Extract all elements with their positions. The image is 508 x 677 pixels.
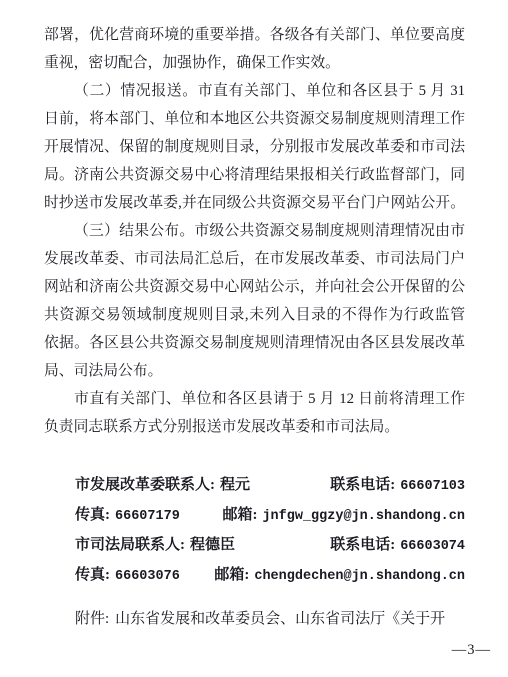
body-line: 局、司法局公布。 xyxy=(44,357,465,385)
contact-left: 传真:66603076 xyxy=(75,560,180,590)
contact-label: 邮箱: xyxy=(222,507,257,523)
body-line: 时抄送市发展改革委,并在同级公共资源交易平台门户网站公开。 xyxy=(44,189,465,217)
body-line: 发展改革委、市司法局汇总后，在市发展改革委、市司法局门户 xyxy=(44,245,465,273)
body-line: 日前，将本部门、单位和本地区公共资源交易制度规则清理工作 xyxy=(44,105,465,133)
contact-row-fgw-person: 市发展改革委联系人:程元 联系电话:66607103 xyxy=(75,470,465,500)
contact-left: 市发展改革委联系人:程元 xyxy=(75,470,250,500)
contact-label: 联系电话: xyxy=(330,477,395,493)
document-body: 部署，优化营商环境的重要举措。各级各有关部门、单位要高度 重视，密切配合，加强协… xyxy=(44,21,465,441)
body-line: 依据。各区县公共资源交易制度规则清理情况由各区县发展改革 xyxy=(44,329,465,357)
contact-row-sfj-person: 市司法局联系人:程德臣 联系电话:66603074 xyxy=(75,530,465,560)
body-line: 负责同志联系方式分别报送市发展改革委和市司法局。 xyxy=(44,413,465,441)
contact-right: 联系电话:66603074 xyxy=(330,530,465,560)
contact-fax-number: 66607179 xyxy=(115,509,180,524)
contact-label: 市司法局联系人: xyxy=(75,537,185,553)
body-line-paragraph-start: （二）情况报送。市直有关部门、单位和各区县于 5 月 31 xyxy=(44,77,465,105)
attachment-label: 附件: xyxy=(75,611,109,627)
document-page: 部署，优化营商环境的重要举措。各级各有关部门、单位要高度 重视，密切配合，加强协… xyxy=(0,0,508,677)
contact-email-address: jnfgw_ggzy@jn.shandong.cn xyxy=(262,509,465,524)
body-line-paragraph-start: （三）结果公布。市级公共资源交易制度规则清理情况由市 xyxy=(44,217,465,245)
contact-row-sfj-fax-email: 传真:66603076 邮箱:chengdechen@jn.shandong.c… xyxy=(75,560,465,590)
body-line: 部署，优化营商环境的重要举措。各级各有关部门、单位要高度 xyxy=(44,21,465,49)
contact-label: 市发展改革委联系人: xyxy=(75,477,215,493)
contact-email-address: chengdechen@jn.shandong.cn xyxy=(254,569,465,584)
body-line: 共资源交易领域制度规则目录,未列入目录的不得作为行政监管 xyxy=(44,301,465,329)
contact-right: 邮箱:chengdechen@jn.shandong.cn xyxy=(214,560,465,590)
contact-label: 联系电话: xyxy=(330,537,395,553)
contact-label: 传真: xyxy=(75,507,110,523)
contact-left: 市司法局联系人:程德臣 xyxy=(75,530,235,560)
body-line: 网站和济南公共资源交易中心网站公示，并向社会公开保留的公 xyxy=(44,273,465,301)
contact-person-name: 程元 xyxy=(220,477,250,493)
contact-person-name: 程德臣 xyxy=(190,537,235,553)
body-line: 开展情况、保留的制度规则目录，分别报市发展改革委和市司法 xyxy=(44,133,465,161)
contact-label: 传真: xyxy=(75,567,110,583)
page-number: —3— xyxy=(452,641,491,659)
contact-label: 邮箱: xyxy=(214,567,249,583)
contact-phone-number: 66607103 xyxy=(400,479,465,494)
contact-info-block: 市发展改革委联系人:程元 联系电话:66607103 传真:66607179 邮… xyxy=(75,470,465,590)
body-line: 重视，密切配合，加强协作，确保工作实效。 xyxy=(44,49,465,77)
body-line-paragraph-start: 市直有关部门、单位和各区县请于 5 月 12 日前将清理工作 xyxy=(44,385,465,413)
contact-right: 联系电话:66607103 xyxy=(330,470,465,500)
contact-fax-number: 66603076 xyxy=(115,569,180,584)
contact-row-fgw-fax-email: 传真:66607179 邮箱:jnfgw_ggzy@jn.shandong.cn xyxy=(75,500,465,530)
contact-left: 传真:66607179 xyxy=(75,500,180,530)
attachment-note: 附件:山东省发展和改革委员会、山东省司法厅《关于开 xyxy=(75,607,478,631)
body-line: 局。济南公共资源交易中心将清理结果报相关行政监督部门，同 xyxy=(44,161,465,189)
attachment-text: 山东省发展和改革委员会、山东省司法厅《关于开 xyxy=(115,611,445,627)
contact-phone-number: 66603074 xyxy=(400,539,465,554)
contact-right: 邮箱:jnfgw_ggzy@jn.shandong.cn xyxy=(222,500,465,530)
